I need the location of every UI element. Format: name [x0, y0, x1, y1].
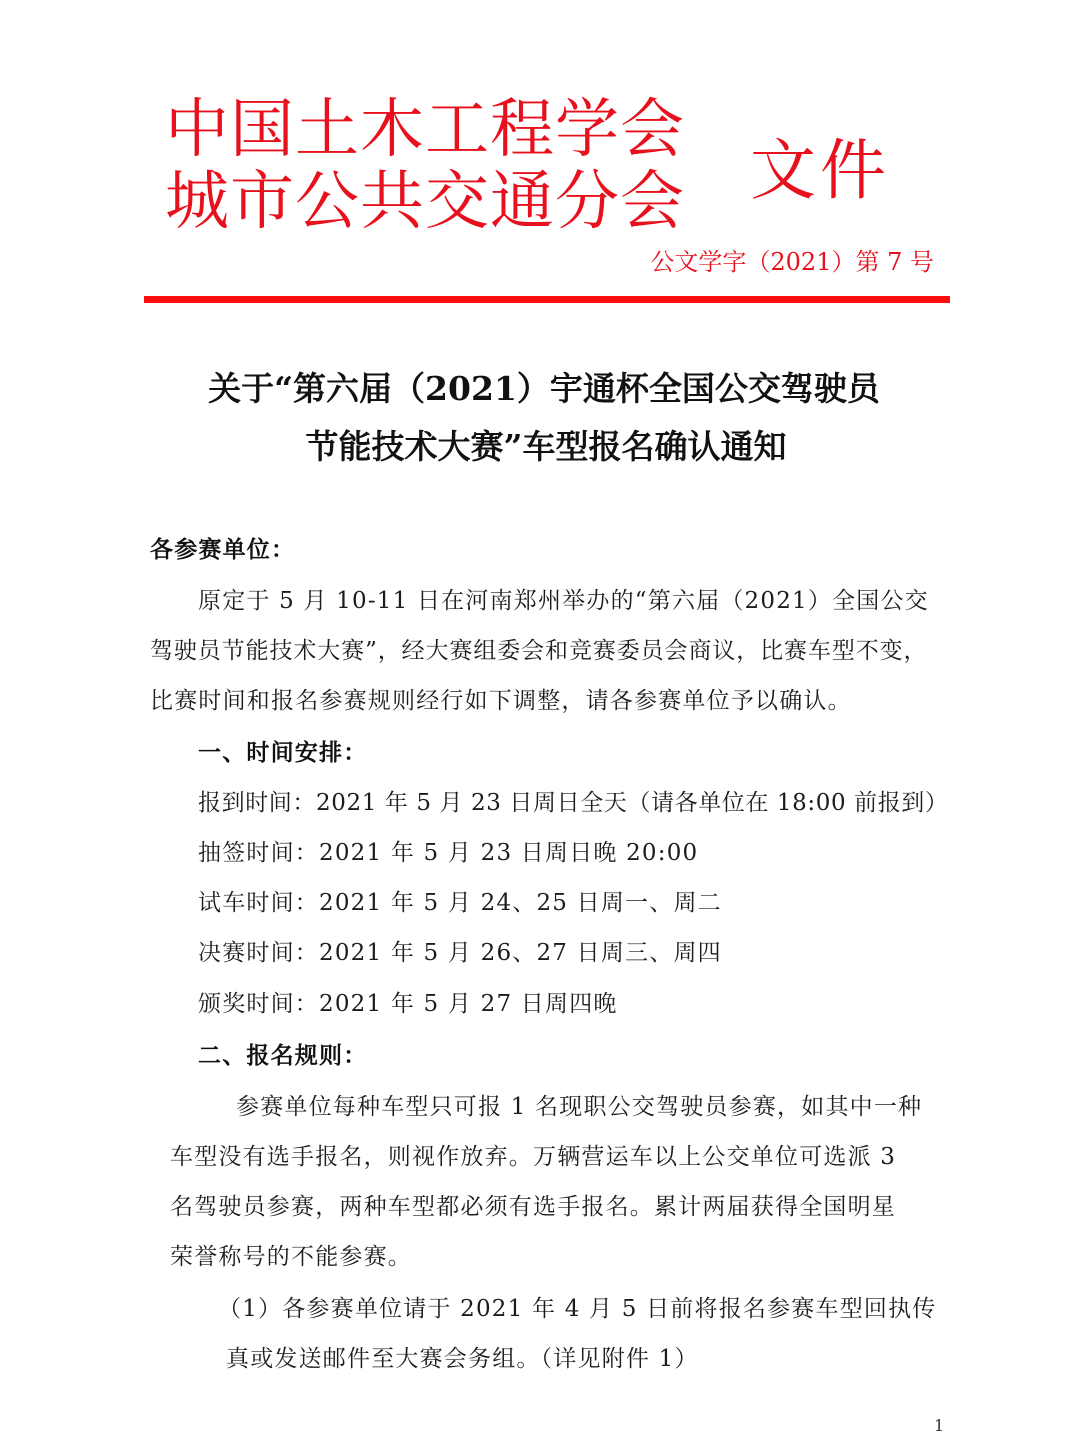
schedule-item-final: 决赛时间：2021 年 5 月 26、27 日周三、周四 — [198, 942, 722, 965]
salutation: 各参赛单位： — [150, 538, 295, 561]
document-title-line-2: 节能技术大赛”车型报名确认通知 — [6, 430, 1080, 463]
document-page: 中国土木工程学会 城市公共交通分会 文件 公文学字（2021）第 7 号 关于“… — [0, 0, 1080, 1445]
schedule-item-test-drive: 试车时间：2021 年 5 月 24、25 日周一、周二 — [198, 892, 722, 915]
intro-line: 比赛时间和报名参赛规则经行如下调整，请各参赛单位予以确认。 — [150, 690, 852, 713]
org-name-line-2: 城市公共交通分会 — [165, 170, 685, 234]
document-number: 公文学字（2021）第 7 号 — [650, 250, 934, 274]
red-divider-rule — [144, 296, 950, 303]
document-label: 文件 — [750, 138, 890, 204]
schedule-item-draw: 抽签时间：2021 年 5 月 23 日周日晚 20:00 — [198, 842, 698, 865]
rules-paragraph-line: 名驾驶员参赛，两种车型都必须有选手报名。累计两届获得全国明星 — [170, 1196, 896, 1219]
org-name-line-1: 中国土木工程学会 — [165, 98, 685, 162]
section-2-heading: 二、报名规则： — [198, 1044, 367, 1067]
intro-line: 驾驶员节能技术大赛”，经大赛组委会和竞赛委员会商议，比赛车型不变， — [150, 640, 927, 663]
schedule-item-checkin: 报到时间：2021 年 5 月 23 日周日全天（请各单位在 18:00 前报到… — [198, 792, 949, 815]
document-title-line-1: 关于“第六届（2021）宇通杯全国公交驾驶员 — [4, 372, 1080, 405]
section-1-heading: 一、时间安排： — [198, 741, 367, 764]
rules-paragraph-line: 荣誉称号的不能参赛。 — [170, 1246, 412, 1269]
intro-line: 原定于 5 月 10-11 日在河南郑州举办的“第六届（2021）全国公交 — [198, 590, 929, 613]
rules-item-1-line: （1）各参赛单位请于 2021 年 4 月 5 日前将报名参赛车型回执传 — [218, 1298, 937, 1321]
page-number: 1 — [934, 1418, 944, 1434]
schedule-item-awards: 颁奖时间：2021 年 5 月 27 日周四晚 — [198, 993, 618, 1016]
rules-paragraph-line: 参赛单位每种车型只可报 1 名现职公交驾驶员参赛，如其中一种 — [236, 1096, 922, 1119]
rules-item-1-line: 真或发送邮件至大赛会务组。（详见附件 1） — [226, 1348, 699, 1371]
rules-paragraph-line: 车型没有选手报名，则视作放弃。万辆营运车以上公交单位可选派 3 — [170, 1146, 896, 1169]
